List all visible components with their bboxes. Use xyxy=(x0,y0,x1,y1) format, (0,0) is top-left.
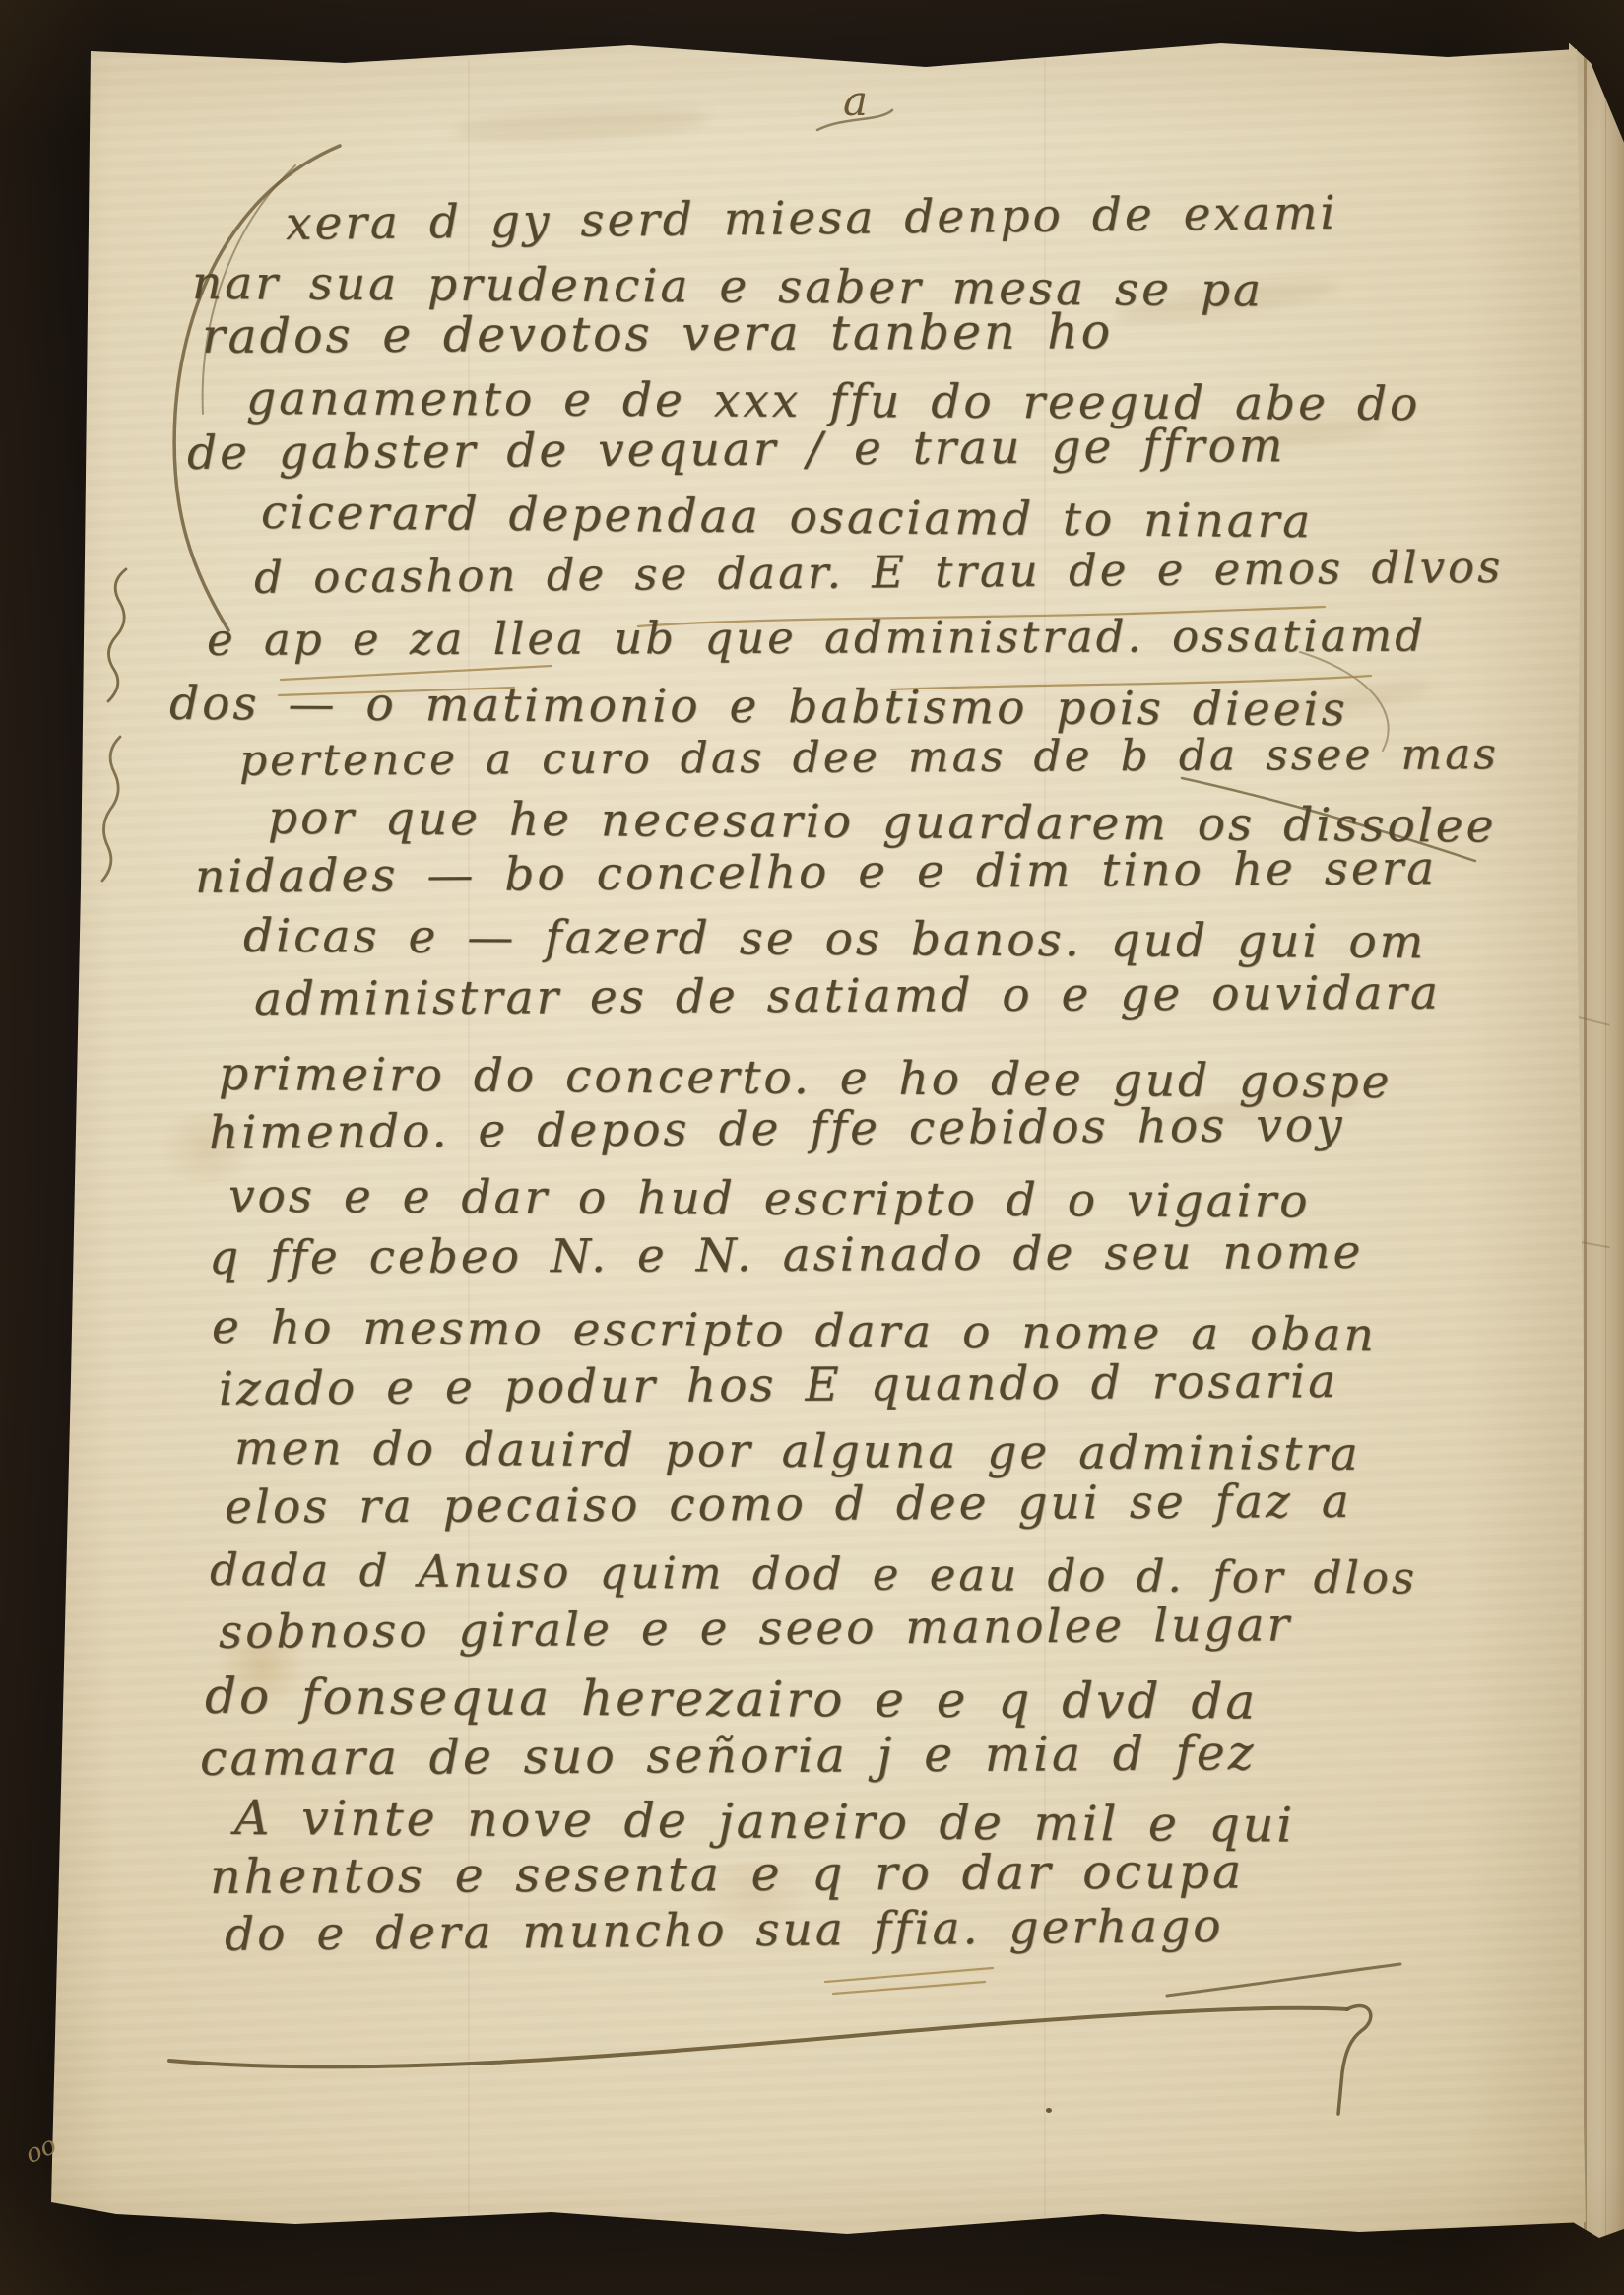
manuscript-line: administrar es de satiamd o e ge ouvidar… xyxy=(254,966,1441,1026)
manuscript-line: camara de suo señoria j e mia d fez xyxy=(200,1725,1257,1787)
manuscript-photo: a oo xera d gy serd miesa denpo de exami… xyxy=(0,0,1624,2295)
page-edge-crease xyxy=(1605,0,1606,2261)
manuscript-line: vos e e dar o hud escripto d o vigairo xyxy=(228,1169,1311,1229)
manuscript-line: d ocashon de se daar. E trau de e emos d… xyxy=(254,541,1504,604)
page-edge-crease xyxy=(1584,0,1587,2261)
manuscript-line: e ap e za llea ub que administrad. ossat… xyxy=(207,610,1426,666)
manuscript-line: elos ra pecaiso como d dee gui se faz a xyxy=(225,1475,1352,1535)
manuscript-line: do e dera muncho sua ffia. gerhago xyxy=(225,1899,1224,1962)
manuscript-line: pertence a curo das dee mas de b da ssee… xyxy=(239,729,1499,786)
manuscript-line: nidades — bo concelho e e dim tino he se… xyxy=(195,841,1438,904)
manuscript-line: izado e e podur hos E quando d rosaria xyxy=(219,1354,1338,1416)
folio-mark: a xyxy=(843,77,868,125)
manuscript-line: xera d gy serd miesa denpo de exami xyxy=(286,186,1338,251)
manuscript-line: rados e devotos vera tanben ho xyxy=(202,303,1113,364)
manuscript-line: sobnoso girale e e seeo manolee lugar xyxy=(219,1598,1292,1660)
manuscript-line: himendo. e depos de ffe cebidos hos voy xyxy=(209,1098,1345,1160)
manuscript-line: do fonsequa herezairo e e q dvd da xyxy=(205,1668,1258,1731)
manuscript-line: dicas e — fazerd se os banos. qud gui om xyxy=(243,909,1426,969)
manuscript-line: q ffe cebeo N. e N. asinado de seu nome xyxy=(209,1225,1364,1285)
manuscript-line: e ho mesmo escripto dara o nome a oban xyxy=(212,1300,1377,1362)
manuscript-line: men do dauird por alguna ge administra xyxy=(234,1421,1361,1481)
manuscript-line: dada d Anuso quim dod e eau do d. for dl… xyxy=(210,1543,1417,1605)
manuscript-line: de gabster de vequar / e trau ge ffrom xyxy=(187,419,1286,481)
ink-dot xyxy=(1046,2108,1052,2113)
manuscript-line: dos — o matimonio e babtismo pois dieeis xyxy=(169,677,1348,737)
manuscript-line: cicerard dependaa osaciamd to ninara xyxy=(261,486,1314,549)
manuscript-line: nhentos e sesenta e q ro dar ocupa xyxy=(210,1844,1244,1905)
